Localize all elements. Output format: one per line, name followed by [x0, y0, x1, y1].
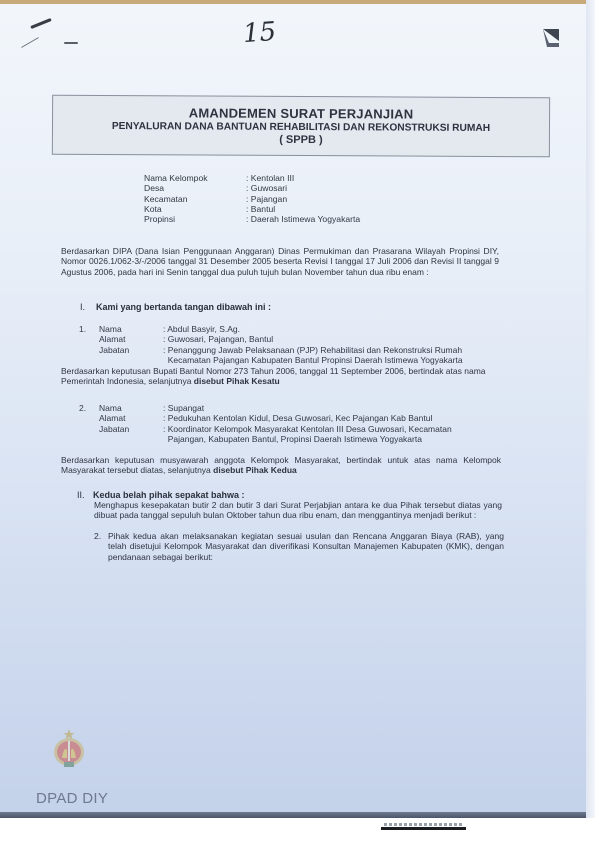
spacer [79, 424, 99, 434]
party-number: 2. [79, 403, 99, 413]
party-value: : Guwosari, Pajangan, Bantul [163, 334, 499, 344]
party-value: : Pedukuhan Kentolan Kidul, Desa Guwosar… [163, 413, 499, 423]
group-info: Nama Kelompok : Kentolan III Desa : Guwo… [144, 173, 360, 224]
section-number: I. [80, 302, 96, 312]
spacer [79, 355, 99, 365]
party-label: Alamat [99, 413, 163, 423]
info-label: Desa [144, 183, 246, 193]
watermark: DPAD DIY [36, 790, 108, 807]
basis-designation: disebut Pihak Kesatu [194, 376, 280, 386]
section-2-body: Menghapus kesepakatan butir 2 dan butir … [94, 500, 502, 521]
party-row: Pajangan, Kabupaten Bantul, Propinsi Dae… [79, 434, 499, 444]
info-row: Propinsi : Daerah Istimewa Yogyakarta [144, 214, 360, 224]
basis-designation: disebut Pihak Kedua [213, 465, 297, 475]
footer-text-strike [384, 823, 462, 826]
handwritten-page-number: 15 [242, 17, 277, 49]
spacer [79, 334, 99, 344]
party-2: 2. Nama : Supangat Alamat : Pedukuhan Ke… [79, 403, 499, 444]
party-row: Jabatan : Penanggung Jawab Pelaksanaan (… [79, 345, 499, 355]
party-value: Kecamatan Pajangan Kabupaten Bantul Prop… [163, 355, 499, 365]
info-label: Kota [144, 204, 246, 214]
background-strip [0, 0, 595, 4]
info-value: : Kentolan III [246, 173, 294, 183]
party-label: Jabatan [99, 345, 163, 355]
info-label: Kecamatan [144, 194, 246, 204]
info-row: Nama Kelompok : Kentolan III [144, 173, 360, 183]
party-value: : Penanggung Jawab Pelaksanaan (PJP) Reh… [163, 345, 499, 355]
info-value: : Bantul [246, 204, 275, 214]
party-value: : Supangat [163, 403, 499, 413]
party-value: : Koordinator Kelompok Masyarakat Kentol… [163, 424, 499, 434]
info-label: Propinsi [144, 214, 246, 224]
spacer [79, 345, 99, 355]
party-row: 2. Nama : Supangat [79, 403, 499, 413]
party-row: Alamat : Guwosari, Pajangan, Bantul [79, 334, 499, 344]
page-edge-bottom [0, 812, 586, 818]
info-value: : Pajangan [246, 194, 287, 204]
info-value: : Daerah Istimewa Yogyakarta [246, 214, 360, 224]
party-row: Kecamatan Pajangan Kabupaten Bantul Prop… [79, 355, 499, 365]
party-label: Nama [99, 324, 163, 334]
info-label: Nama Kelompok [144, 173, 246, 183]
info-value: : Guwosari [246, 183, 287, 193]
info-row: Kecamatan : Pajangan [144, 194, 360, 204]
page-edge [586, 0, 595, 818]
party-number: 1. [79, 324, 99, 334]
intro-paragraph: Berdasarkan DIPA (Dana Isian Penggunaan … [61, 246, 499, 277]
party-label: Alamat [99, 334, 163, 344]
party-value: Pajangan, Kabupaten Bantul, Propinsi Dae… [163, 434, 499, 444]
party-row: Alamat : Pedukuhan Kentolan Kidul, Desa … [79, 413, 499, 423]
party-2-basis: Berdasarkan keputusan musyawarah anggota… [61, 455, 501, 476]
footer-rule [381, 827, 466, 830]
section-1-heading: I.Kami yang bertanda tangan dibawah ini … [80, 302, 271, 312]
section-title: Kedua belah pihak sepakat bahwa : [93, 490, 245, 500]
section-title: Kami yang bertanda tangan dibawah ini : [96, 302, 271, 312]
pen-mark [64, 42, 78, 44]
section-2-item: 2. Pihak kedua akan melaksanakan kegiata… [94, 531, 504, 562]
document-title: AMANDEMEN SURAT PERJANJIAN [53, 105, 549, 123]
party-row: 1. Nama : Abdul Basyir, S.Ag. [79, 324, 499, 334]
spacer [79, 434, 99, 444]
item-text: Pihak kedua akan melaksanakan kegiatan s… [108, 531, 504, 562]
info-row: Kota : Bantul [144, 204, 360, 214]
party-1-basis: Berdasarkan keputusan Bupati Bantul Nomo… [61, 366, 501, 387]
party-value: : Abdul Basyir, S.Ag. [163, 324, 499, 334]
party-1: 1. Nama : Abdul Basyir, S.Ag. Alamat : G… [79, 324, 499, 365]
section-number: II. [77, 490, 93, 500]
binder-clip-icon [541, 27, 561, 51]
party-label [99, 434, 163, 444]
title-box: AMANDEMEN SURAT PERJANJIAN PENYALURAN DA… [52, 95, 550, 158]
item-number: 2. [94, 531, 108, 562]
party-label: Nama [99, 403, 163, 413]
party-label: Jabatan [99, 424, 163, 434]
section-2-heading: II.Kedua belah pihak sepakat bahwa : [77, 490, 245, 500]
party-row: Jabatan : Koordinator Kelompok Masyaraka… [79, 424, 499, 434]
spacer [79, 413, 99, 423]
info-row: Desa : Guwosari [144, 183, 360, 193]
document-acronym: ( SPPB ) [53, 133, 549, 148]
party-label [99, 355, 163, 365]
yogyakarta-coat-of-arms-icon [52, 728, 86, 770]
